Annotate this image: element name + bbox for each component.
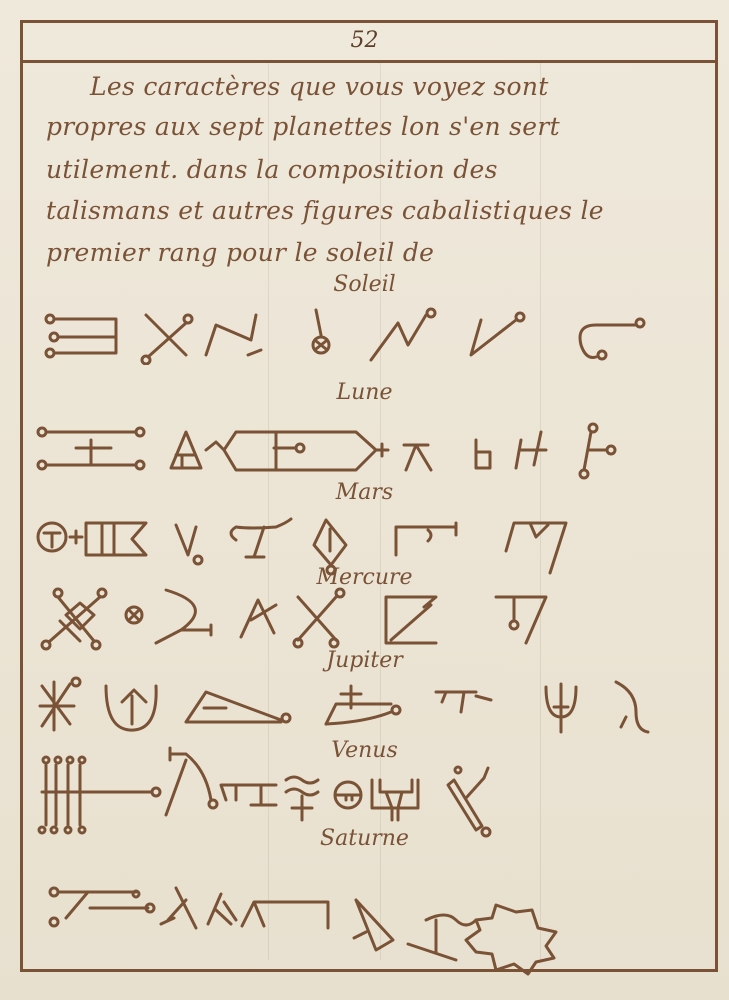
section-label-lune: Lune <box>0 380 729 405</box>
section-label-soleil: Soleil <box>0 272 729 297</box>
glyph-row-jupiter <box>36 672 696 732</box>
paragraph-line: utilement. dans la composition des <box>46 155 716 184</box>
paragraph-line: propres aux sept planettes lon s'en sert <box>46 112 716 141</box>
section-label-jupiter: Jupiter <box>0 648 729 673</box>
glyph-row-soleil <box>36 305 696 365</box>
glyph-row-saturne <box>36 880 696 940</box>
page-number: 52 <box>0 28 729 53</box>
paragraph-line: premier rang pour le soleil de <box>46 238 716 267</box>
paragraph-line: Les caractères que vous voyez sont <box>90 72 729 101</box>
section-label-mars: Mars <box>0 480 729 505</box>
soleil-glyphs-icon <box>36 305 696 365</box>
lune-glyphs-icon <box>36 420 696 480</box>
paragraph-line: talismans et autres figures cabalistique… <box>46 196 716 225</box>
mercure-glyphs-icon <box>36 585 696 655</box>
glyph-row-mercure <box>36 585 696 645</box>
glyph-row-lune <box>36 420 696 480</box>
header-rule <box>20 60 718 63</box>
jupiter-glyphs-icon <box>36 672 696 742</box>
manuscript-page: 52 Les caractères que vous voyez sont pr… <box>0 0 729 1000</box>
glyph-row-venus <box>36 740 696 800</box>
saturne-glyphs-icon <box>36 880 696 980</box>
section-label-saturne: Saturne <box>0 826 729 851</box>
